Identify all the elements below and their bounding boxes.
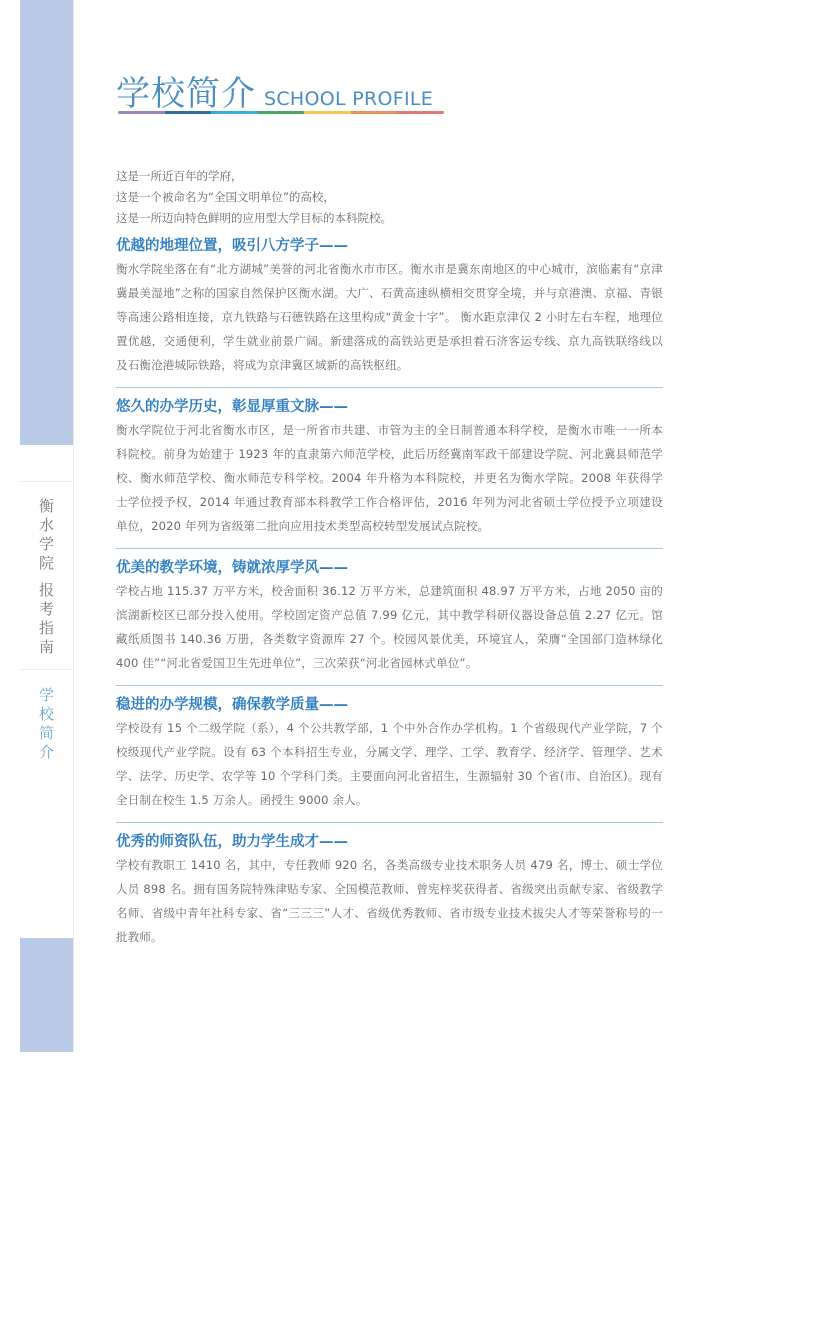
sidebar-char: 南 [20,638,73,657]
sidebar-accent-top [20,0,73,445]
section-divider [116,685,663,686]
section-location: 优越的地理位置，吸引八方学子—— 衡水学院坐落在有“北方湖城”美誉的河北省衡水市… [116,235,663,377]
intro-line: 这是一个被命名为“全国文明单位”的高校， [116,187,663,208]
section-body: 学校有教职工 1410 名，其中，专任教师 920 名，各类高级专业技术职务人员… [116,853,663,949]
rainbow-segment [165,111,212,114]
sidebar-current-section: 学 校 简 介 [20,686,73,762]
sidebar-char: 学 [20,535,73,554]
section-heading: 悠久的办学历史，彰显厚重文脉—— [116,396,663,418]
rainbow-segment [397,111,444,114]
section-faculty: 优秀的师资队伍，助力学生成才—— 学校有教职工 1410 名，其中，专任教师 9… [116,831,663,949]
intro-block: 这是一所近百年的学府， 这是一个被命名为“全国文明单位”的高校， 这是一所迈向特… [116,166,663,229]
sidebar-booklet-title: 衡 水 学 院 报 考 指 南 [20,497,73,657]
section-body: 衡水学院位于河北省衡水市区，是一所省市共建、市管为主的全日制普通本科学校，是衡水… [116,418,663,538]
sidebar-char: 报 [20,581,73,600]
sidebar-accent-bottom [20,938,73,1052]
rainbow-segment [258,111,305,114]
rainbow-segment [118,111,165,114]
section-heading: 优秀的师资队伍，助力学生成才—— [116,831,663,853]
sidebar-char: 水 [20,516,73,535]
sidebar-char: 院 [20,554,73,573]
sidebar-char: 简 [20,724,73,743]
page-title-cn: 学校简介 [116,74,256,114]
section-environment: 优美的教学环境，铸就浓厚学风—— 学校占地 115.37 万平方米，校舍面积 3… [116,557,663,675]
section-heading: 优美的教学环境，铸就浓厚学风—— [116,557,663,579]
section-divider [116,387,663,388]
sidebar-rule [73,0,74,1052]
sidebar-char: 衡 [20,497,73,516]
section-divider [116,548,663,549]
sidebar-separator [20,669,73,670]
profile-content: 这是一所近百年的学府， 这是一个被命名为“全国文明单位”的高校， 这是一所迈向特… [116,166,663,949]
sidebar-char: 考 [20,600,73,619]
section-heading: 稳进的办学规模，确保教学质量—— [116,694,663,716]
sidebar-char: 学 [20,686,73,705]
sidebar-char: 指 [20,619,73,638]
section-body: 学校设有 15 个二级学院（系），4 个公共教学部，1 个中外合作办学机构。1 … [116,716,663,812]
section-body: 衡水学院坐落在有“北方湖城”美誉的河北省衡水市市区。衡水市是冀东南地区的中心城市… [116,257,663,377]
sidebar-char: 校 [20,705,73,724]
page-title: 学校简介SCHOOL PROFILE [116,66,433,115]
sidebar-gap [20,573,73,581]
sidebar-char: 介 [20,743,73,762]
sidebar-separator [20,481,73,482]
rainbow-divider [118,111,444,114]
rainbow-segment [304,111,351,114]
section-body: 学校占地 115.37 万平方米，校舍面积 36.12 万平方米，总建筑面积 4… [116,579,663,675]
section-history: 悠久的办学历史，彰显厚重文脉—— 衡水学院位于河北省衡水市区，是一所省市共建、市… [116,396,663,538]
section-divider [116,822,663,823]
section-heading: 优越的地理位置，吸引八方学子—— [116,235,663,257]
intro-line: 这是一所近百年的学府， [116,166,663,187]
intro-line: 这是一所迈向特色鲜明的应用型大学目标的本科院校。 [116,208,663,229]
page-title-en: SCHOOL PROFILE [264,88,433,110]
rainbow-segment [351,111,398,114]
section-scale: 稳进的办学规模，确保教学质量—— 学校设有 15 个二级学院（系），4 个公共教… [116,694,663,812]
rainbow-segment [211,111,258,114]
